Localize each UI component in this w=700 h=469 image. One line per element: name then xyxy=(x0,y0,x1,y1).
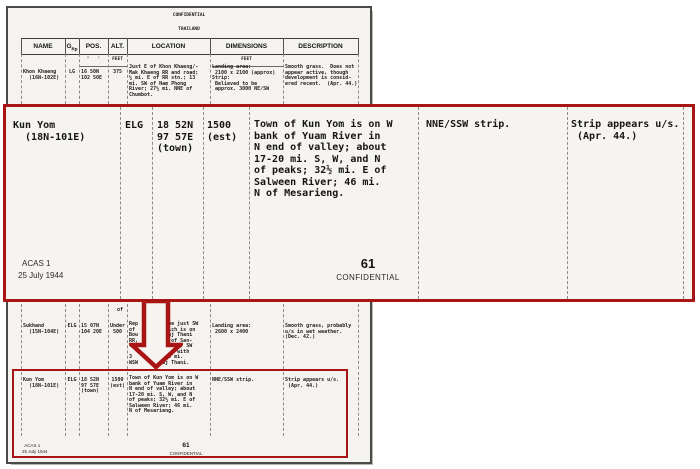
col-rule xyxy=(210,54,211,104)
col-rule xyxy=(683,107,684,299)
zoom-arrow-icon xyxy=(129,300,183,370)
col-rule xyxy=(152,107,153,299)
col-rule xyxy=(358,54,359,104)
table-top-rule xyxy=(21,38,358,39)
callout-cell-dimensions: NNE/SSW strip. xyxy=(426,119,510,131)
col-rule xyxy=(358,304,359,369)
cell-dimensions: Landing area: 2600 x 2400 xyxy=(212,324,251,335)
col-rule xyxy=(108,304,109,369)
col-rule xyxy=(65,54,66,104)
subheader-pos-units: ° ' xyxy=(79,57,108,63)
callout-footer-agency-date: ACAS 1 25 July 1944 xyxy=(18,258,63,282)
cell-grp: LG xyxy=(65,70,79,76)
callout-footer-classification: CONFIDENTIAL xyxy=(336,273,400,283)
column-header-grp: GRp xyxy=(65,40,79,55)
callout-cell-grp: ELG xyxy=(125,120,143,132)
col-rule xyxy=(65,304,66,369)
col-rule xyxy=(120,107,121,299)
col-rule xyxy=(79,304,80,369)
col-rule xyxy=(418,107,419,299)
column-header-location: LOCATION xyxy=(127,40,210,53)
subheader-rule xyxy=(79,66,127,67)
column-header-pos: POS. xyxy=(79,40,108,53)
cell-pos: 16 50N 102 50E xyxy=(81,70,102,81)
cell-location: Just E of Khon Khaeng/- Mak Khaeng RR an… xyxy=(129,65,198,98)
col-rule xyxy=(358,372,359,436)
col-rule xyxy=(127,54,128,104)
column-header-dimensions: DIMENSIONS xyxy=(210,40,283,53)
cell-grp: ELG xyxy=(65,324,79,330)
col-rule xyxy=(21,304,22,369)
col-rule xyxy=(203,107,204,299)
callout-footer-page-number: 61 xyxy=(350,257,386,270)
grp-sub-label: Rp xyxy=(72,46,78,51)
col-rule xyxy=(283,54,284,104)
column-header-alt: ALT. xyxy=(108,40,127,53)
callout-cell-name: Kun Yom (18N-101E) xyxy=(13,120,85,143)
callout-cell-description: Strip appears u/s. (Apr. 44.) xyxy=(571,119,679,142)
cell-alt: Under 500 xyxy=(108,324,127,335)
callout-cell-alt: 1500 (est) xyxy=(207,120,237,143)
col-rule xyxy=(21,54,22,104)
subheader-dimensions-units: FEET xyxy=(210,57,283,63)
magnified-row-callout: Kun Yom (18N-101E) ELG 18 52N 97 57E (to… xyxy=(3,104,695,302)
col-rule xyxy=(283,304,284,369)
col-rule xyxy=(358,38,359,54)
col-rule xyxy=(249,107,250,299)
col-rule xyxy=(79,54,80,104)
callout-cell-location: Town of Kun Yom is on W bank of Yuam Riv… xyxy=(254,119,392,200)
cell-description: Smooth grass. Does not appear active, th… xyxy=(285,65,357,87)
callout-cell-pos: 18 52N 97 57E (town) xyxy=(157,120,193,155)
col-rule xyxy=(210,304,211,369)
highlight-box-source-row xyxy=(12,369,348,458)
cell-pos: 15 07N 104 20E xyxy=(81,324,102,335)
cell-name: Khon Khaeng (16N-102E) xyxy=(23,70,59,81)
cell-name: Sukhand (15N-104E) xyxy=(23,324,59,335)
col-rule xyxy=(127,304,128,369)
col-rule xyxy=(108,54,109,104)
screenshot-stage: CONFIDENTIAL THAILAND NAME GRp POS. ALT.… xyxy=(0,0,700,469)
cell-description: Smooth grass, probably u/s in wet weathe… xyxy=(285,324,351,341)
column-header-description: DESCRIPTION xyxy=(283,40,358,53)
doc-classification: CONFIDENTIAL xyxy=(8,13,370,19)
cell-dimensions: Landing area: 2100 x 2100 (approx) Strip… xyxy=(212,65,275,93)
col-rule xyxy=(567,107,568,299)
subheader-alt-units: FEET xyxy=(108,57,127,63)
cell-alt: 375 xyxy=(108,70,127,76)
doc-country: THAILAND xyxy=(8,27,370,33)
column-header-name: NAME xyxy=(21,40,65,53)
